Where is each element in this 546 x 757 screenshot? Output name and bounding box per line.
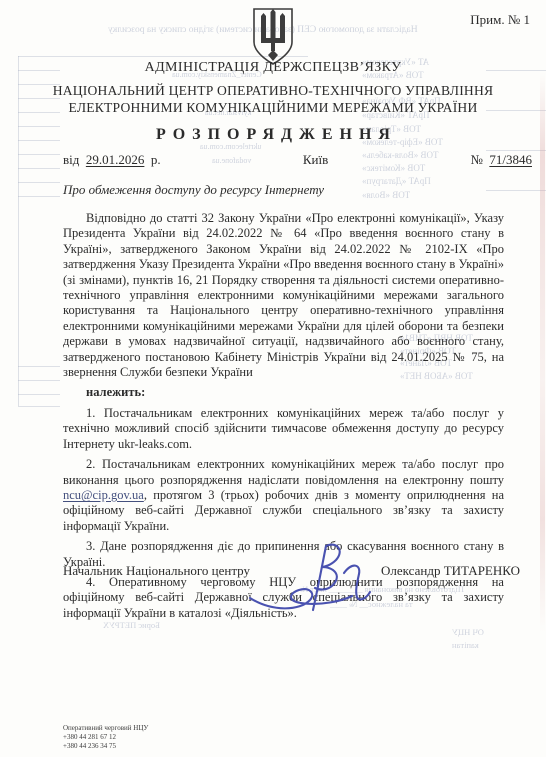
- document-date: від 29.01.2026 р.: [63, 152, 161, 168]
- number-value: 71/3846: [489, 152, 532, 167]
- number-label: №: [470, 152, 486, 167]
- signer-name: Олександр ТИТАРЕНКО: [381, 563, 520, 579]
- preamble-paragraph: Відповідно до статті 32 Закону України «…: [63, 211, 504, 380]
- signer-position: Начальник Національного центру: [63, 563, 250, 579]
- org-name-administration: АДМІНІСТРАЦІЯ ДЕРЖСПЕЦЗВ’ЯЗКУ: [0, 60, 546, 76]
- resolution-word: належить:: [63, 385, 504, 400]
- order-item-2: 2. Постачальникам електронних комунікаці…: [63, 457, 504, 534]
- order-item-1: 1. Постачальникам електронних комунікаці…: [63, 406, 504, 452]
- handwritten-signature: [246, 538, 384, 630]
- document-content: Прим. № 1 АДМІНІСТРАЦІЯ ДЕРЖСПЕЦЗВ’ЯЗКУ …: [0, 0, 546, 757]
- org-name-center-line2: ЕЛЕКТРОННИМИ КОМУНІКАЦІЙНИМИ МЕРЕЖАМИ УК…: [0, 100, 546, 117]
- dateline-row: від 29.01.2026 р. Київ № 71/3846: [63, 152, 532, 168]
- document-type-title: РОЗПОРЯДЖЕННЯ: [20, 126, 526, 144]
- org-name-center-line1: НАЦІОНАЛЬНИЙ ЦЕНТР ОПЕРАТИВНО-ТЕХНІЧНОГО…: [0, 83, 546, 100]
- scanned-document-page: Надіслати за допомогою СЕП (засобами сис…: [0, 0, 546, 757]
- contact-footer: Оперативний черговий НЦУ +380 44 281 67 …: [63, 724, 148, 751]
- date-prefix: від: [63, 152, 83, 167]
- footer-duty-officer: Оперативний черговий НЦУ: [63, 724, 148, 733]
- date-value: 29.01.2026: [86, 152, 145, 167]
- document-subject: Про обмеження доступу до ресурсу Інтерне…: [63, 182, 324, 198]
- footer-phone-1: +380 44 281 67 12: [63, 733, 148, 742]
- document-number: № 71/3846: [470, 152, 532, 168]
- email-link[interactable]: ncu@cip.gov.ua: [63, 488, 144, 502]
- issuing-authority-block: АДМІНІСТРАЦІЯ ДЕРЖСПЕЦЗВ’ЯЗКУ НАЦІОНАЛЬН…: [0, 60, 546, 116]
- date-suffix: р.: [148, 152, 161, 167]
- issue-city: Київ: [303, 152, 328, 168]
- footer-phone-2: +380 44 236 34 75: [63, 742, 148, 751]
- order-item-2-pre: 2. Постачальникам електронних комунікаці…: [63, 457, 504, 486]
